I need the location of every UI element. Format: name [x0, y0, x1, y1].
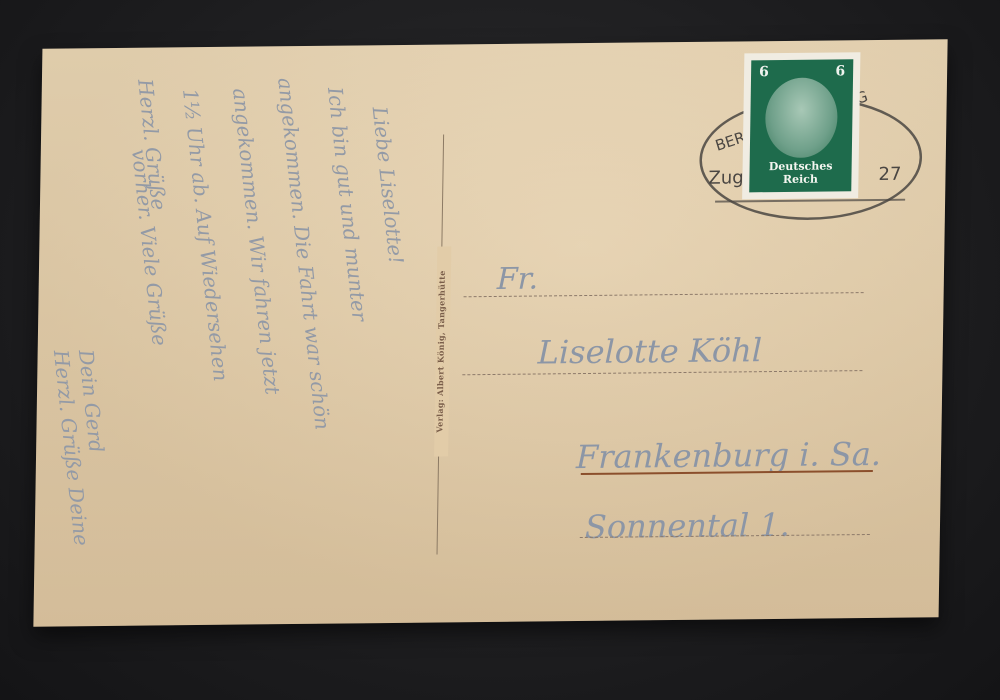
stamp-value-left: 6: [759, 64, 769, 80]
stamp-value-right: 6: [835, 63, 845, 79]
postmark-train-suffix: 27: [878, 164, 901, 185]
stamp-country: Deutsches Reich: [749, 159, 851, 186]
publisher-imprint: Verlag: Albert König, Tangerhütte: [434, 246, 451, 456]
address-salutation: Fr.: [497, 262, 539, 297]
message-line: 1½ Uhr ab. Auf Wiedersehen: [178, 87, 233, 383]
address-name: Liselotte Köhl: [537, 331, 762, 371]
message-line: Ich bin gut und munter: [323, 86, 372, 323]
address-street: Sonnental 1.: [585, 506, 790, 546]
postage-stamp: 6 6 Deutsches Reich: [742, 52, 860, 199]
message-line: angekommen. Wir fahren jetzt: [228, 87, 285, 396]
portrait-medallion-icon: [765, 77, 838, 158]
postcard: Herzl. Grüße Liebe Liselotte! Ich bin gu…: [33, 39, 947, 626]
message-line: Liebe Liselotte!: [368, 105, 409, 265]
address-line-2: [462, 370, 862, 375]
